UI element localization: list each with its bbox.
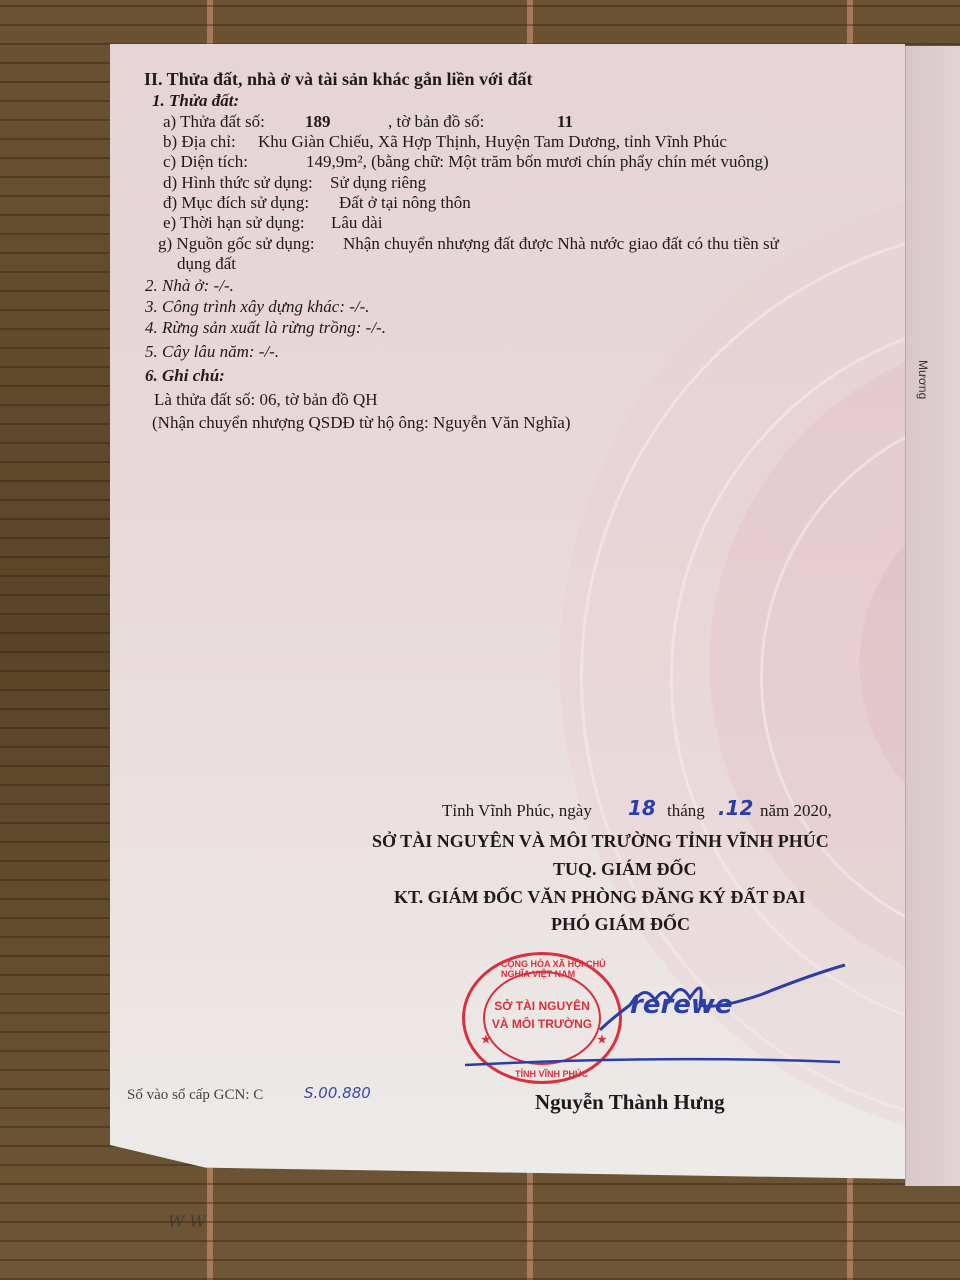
land-plot-heading: 1. Thửa đất:: [152, 92, 239, 109]
stamp-ring-bottom-text: TỈNH VĨNH PHÚC: [515, 1069, 588, 1079]
authority-line3: KT. GIÁM ĐỐC VĂN PHÒNG ĐĂNG KÝ ĐẤT ĐAI: [394, 888, 806, 906]
usage-form-value: Sử dụng riêng: [330, 174, 426, 191]
map-sheet-label: , tờ bản đồ số:: [388, 113, 484, 130]
authority-line2: TUQ. GIÁM ĐỐC: [553, 860, 697, 878]
address-value: Khu Giàn Chiếu, Xã Hợp Thịnh, Huyện Tam …: [258, 133, 727, 150]
signature-scribble: rerewe: [630, 992, 733, 1018]
area-label: c) Diện tích:: [163, 153, 248, 170]
notes-heading: 6. Ghi chú:: [145, 367, 225, 384]
register-number: S.00.880: [304, 1086, 371, 1101]
house-line: 2. Nhà ở: -/-.: [145, 277, 234, 294]
plot-number-label: a) Thửa đất số:: [163, 113, 265, 130]
address-label: b) Địa chỉ:: [163, 133, 236, 150]
date-prefix: Tỉnh Vĩnh Phúc, ngày: [442, 802, 592, 819]
notes-line2: (Nhận chuyển nhượng QSDĐ từ hộ ông: Nguy…: [152, 414, 571, 431]
date-month-label: tháng: [667, 802, 705, 819]
map-sheet-number: 11: [557, 113, 573, 130]
authority-line4: PHÓ GIÁM ĐỐC: [551, 915, 690, 933]
area-value: 149,9m², (bằng chữ: Một trăm bốn mươi ch…: [306, 153, 769, 170]
date-day: 18: [628, 798, 656, 818]
notes-line1: Là thửa đất số: 06, tờ bản đồ QH: [154, 391, 378, 408]
term-value: Lâu dài: [331, 214, 382, 231]
term-label: e) Thời hạn sử dụng:: [163, 214, 305, 231]
wood-ink-marks: W W: [168, 1212, 206, 1231]
section-title: II. Thửa đất, nhà ở và tài sản khác gắn …: [144, 70, 533, 88]
signer-name: Nguyễn Thành Hưng: [535, 1092, 725, 1113]
purpose-label: đ) Mục đích sử dụng:: [163, 194, 309, 211]
side-map-label: Mương: [916, 360, 930, 399]
adjacent-page-edge: [905, 46, 960, 1186]
origin-label: g) Nguồn gốc sử dụng:: [158, 235, 315, 252]
usage-form-label: d) Hình thức sử dụng:: [163, 174, 313, 191]
purpose-value: Đất ở tại nông thôn: [339, 194, 471, 211]
production-forest-line: 4. Rừng sản xuất là rừng trồng: -/-.: [145, 319, 386, 336]
register-label: Số vào sổ cấp GCN: C: [127, 1088, 263, 1103]
perennial-trees-line: 5. Cây lâu năm: -/-.: [145, 343, 279, 360]
origin-value-line1: Nhận chuyển nhượng đất được Nhà nước gia…: [343, 235, 779, 252]
origin-value-line2: dụng đất: [177, 255, 236, 272]
date-year: năm 2020,: [760, 802, 832, 819]
authority-line1: SỞ TÀI NGUYÊN VÀ MÔI TRƯỜNG TỈNH VĨNH PH…: [372, 832, 829, 850]
date-month: .12: [718, 798, 753, 818]
plot-number: 189: [305, 113, 331, 130]
other-construction-line: 3. Công trình xây dựng khác: -/-.: [145, 298, 370, 315]
